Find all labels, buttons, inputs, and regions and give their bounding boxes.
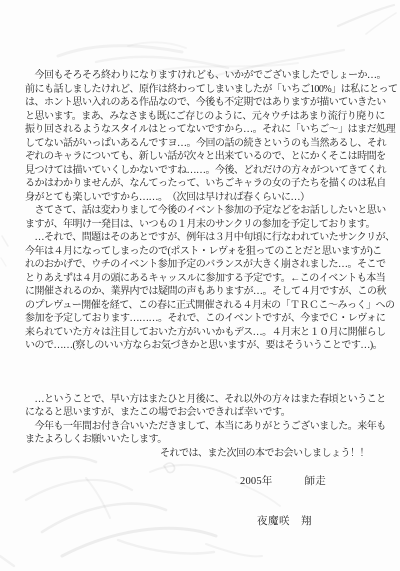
afterword-line: になると思いますが、またこの場でお会いできれば幸いです。 [25,406,377,420]
afterword-line: るかはわかりませんが、なんてったって、いちごキャラの女の子たちを描くのは私自 [25,177,377,191]
afterword-line: に開催されるのか、業界内では疑問の声もありますが…。そして４月ですが、この秋 [25,285,377,299]
afterword-line: さてさて、話は変わりまして今後のイベント参加の予定などをお話ししたいと思い [25,204,377,218]
afterword-line: 見つけては描いていくしかないですね……。今後、どれだけの方々がついてきてくれ [25,164,377,178]
afterword-line: ぞれのキャラについても、新しい話が次々と出来ているので、とにかくそこは時間を [25,150,377,164]
afterword-line: 参加を予定しております………。それで、このイベントですが、今までＣ・レヴォに [25,312,377,326]
signature-year: 2005年 [240,476,273,487]
afterword-line: …ということで、早い方はまたひと月後に、それ以外の方々はまた春頃ということ [25,393,377,407]
afterword-page: 今回もそろそろ終わりになりますけれども、いかがでございましたでしょーか…。 前に… [0,0,400,571]
afterword-line: ますが、年明け一発目は、いつもの１月末のサンクリの参加を予定しております。 [25,218,377,232]
afterword-line: またよろしくお願いいたします。 [25,433,377,447]
afterword-line: 今回もそろそろ終わりになりますけれども、いかがでございましたでしょーか…。 [25,69,377,83]
signature-author: 夜魔咲 翔 [257,513,312,528]
afterword-line: とりあえずは４月の頭にあるキャッスルに参加する予定です。←このイベントも本当 [25,272,377,286]
afterword-line: 来られていた方々は注目しておいた方がいいかもデス…。４月末と１０月に開催らし [25,326,377,340]
afterword-line: 今年も一年間お付き合いいただきまして、本当にありがとうございました。来年も [25,420,377,434]
afterword-line: …それで、問題はそのあとですが、例年は３月中旬頃に行なわれていたサンクリが、 [25,231,377,245]
afterword-line: 今年は４月になってしまったので(ポスト・レヴォを狙ってのことだと思いますが)こ [25,245,377,259]
afterword-line: のプレヴュー開催を経て、この春に正式開催される４月末の「ＴＲＣこ〜みっく」への [25,299,377,313]
signature-date: 2005年師走 [240,473,326,488]
afterword-line: れのおかげで、ウチのイベント参加予定のバランスが大きく崩されました…。そこで [25,258,377,272]
afterword-line: してない話がいっぱいあるんですヨ…。今回の話の続きというのも当然あるし、それ [25,137,377,151]
afterword-line: 身がとても楽しいですから……。 （次回は早ければ春くらいに…） [25,191,377,205]
afterword-line: と思います。まあ、みなさまも既にご存じのように、元々ウチはあまり流行り廃りに [25,110,377,124]
paragraph-gap [25,353,377,393]
afterword-line: は、ホント思い入れのある作品なので、今後も不定期ではありますが描いていきたい [25,96,377,110]
afterword-line: 前にも話しましたけれど、原作は終わってしまいましたが「いちご100%」は私にとっ… [25,83,377,97]
afterword-line: いので……(察しのいい方ならお気づきかと思いますが、要はそういうことです…)。 [25,339,377,353]
afterword-line: 振り回されるようなスタイルはとってないですから…。それに「いちご〜」はまだ処理 [25,123,377,137]
closing-line: それでは、また次回の本でお会いしましょう！！ [25,447,377,461]
afterword-text: 今回もそろそろ終わりになりますけれども、いかがでございましたでしょーか…。 前に… [25,69,377,460]
signature-month: 師走 [305,476,326,487]
